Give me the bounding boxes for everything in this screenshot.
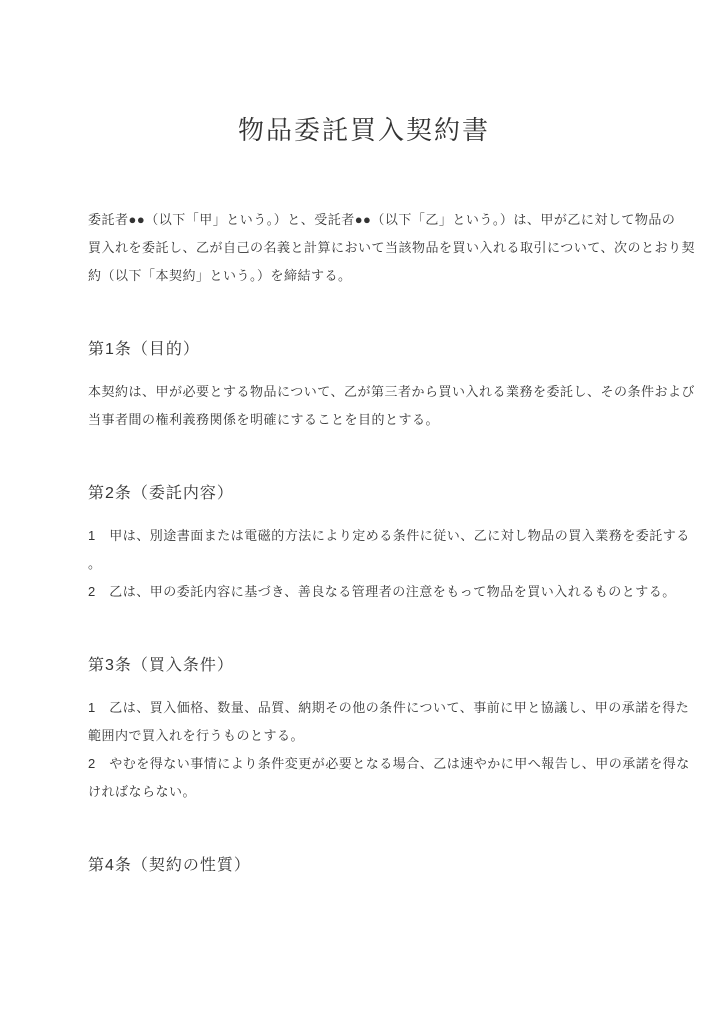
body-line: 2 やむを得ない事情により条件変更が必要となる場合、乙は速やかに甲へ報告し、甲の… bbox=[88, 750, 640, 778]
section-heading: 第3条（買入条件） bbox=[88, 654, 640, 678]
section-body: 本契約は、甲が必要とする物品について、乙が第三者から買い入れる業務を委託し、その… bbox=[88, 378, 640, 434]
section-article-3: 第3条（買入条件） 1 乙は、買入価格、数量、品質、納期その他の条件について、事… bbox=[88, 654, 640, 806]
section-body: 1 甲は、別途書面または電磁的方法により定める条件に従い、乙に対し物品の買入業務… bbox=[88, 522, 640, 606]
intro-line: 委託者●●（以下「甲」という。）と、受託者●●（以下「乙」という。）は、甲が乙に… bbox=[88, 206, 640, 234]
body-line: 当事者間の権利義務関係を明確にすることを目的とする。 bbox=[88, 406, 640, 434]
section-heading: 第1条（目的） bbox=[88, 338, 640, 362]
intro-line: 買入れを委託し、乙が自己の名義と計算において当該物品を買い入れる取引について、次… bbox=[88, 234, 640, 262]
body-line: 2 乙は、甲の委託内容に基づき、善良なる管理者の注意をもって物品を買い入れるもの… bbox=[88, 578, 640, 606]
intro-line: 約（以下「本契約」という。）を締結する。 bbox=[88, 262, 640, 290]
body-line: 1 乙は、買入価格、数量、品質、納期その他の条件について、事前に甲と協議し、甲の… bbox=[88, 694, 640, 722]
section-article-4: 第4条（契約の性質） bbox=[88, 854, 640, 878]
body-line: 範囲内で買入れを行うものとする。 bbox=[88, 722, 640, 750]
body-line: 本契約は、甲が必要とする物品について、乙が第三者から買い入れる業務を委託し、その… bbox=[88, 378, 640, 406]
document-title: 物品委託買入契約書 bbox=[88, 112, 640, 148]
body-line: 1 甲は、別途書面または電磁的方法により定める条件に従い、乙に対し物品の買入業務… bbox=[88, 522, 640, 550]
document-page: 物品委託買入契約書 委託者●●（以下「甲」という。）と、受託者●●（以下「乙」と… bbox=[0, 0, 724, 1024]
body-line: ければならない。 bbox=[88, 778, 640, 806]
body-line: 。 bbox=[88, 550, 640, 578]
section-heading: 第4条（契約の性質） bbox=[88, 854, 640, 878]
section-heading: 第2条（委託内容） bbox=[88, 482, 640, 506]
section-body: 1 乙は、買入価格、数量、品質、納期その他の条件について、事前に甲と協議し、甲の… bbox=[88, 694, 640, 806]
section-article-2: 第2条（委託内容） 1 甲は、別途書面または電磁的方法により定める条件に従い、乙… bbox=[88, 482, 640, 606]
section-article-1: 第1条（目的） 本契約は、甲が必要とする物品について、乙が第三者から買い入れる業… bbox=[88, 338, 640, 434]
intro-paragraph: 委託者●●（以下「甲」という。）と、受託者●●（以下「乙」という。）は、甲が乙に… bbox=[88, 206, 640, 290]
